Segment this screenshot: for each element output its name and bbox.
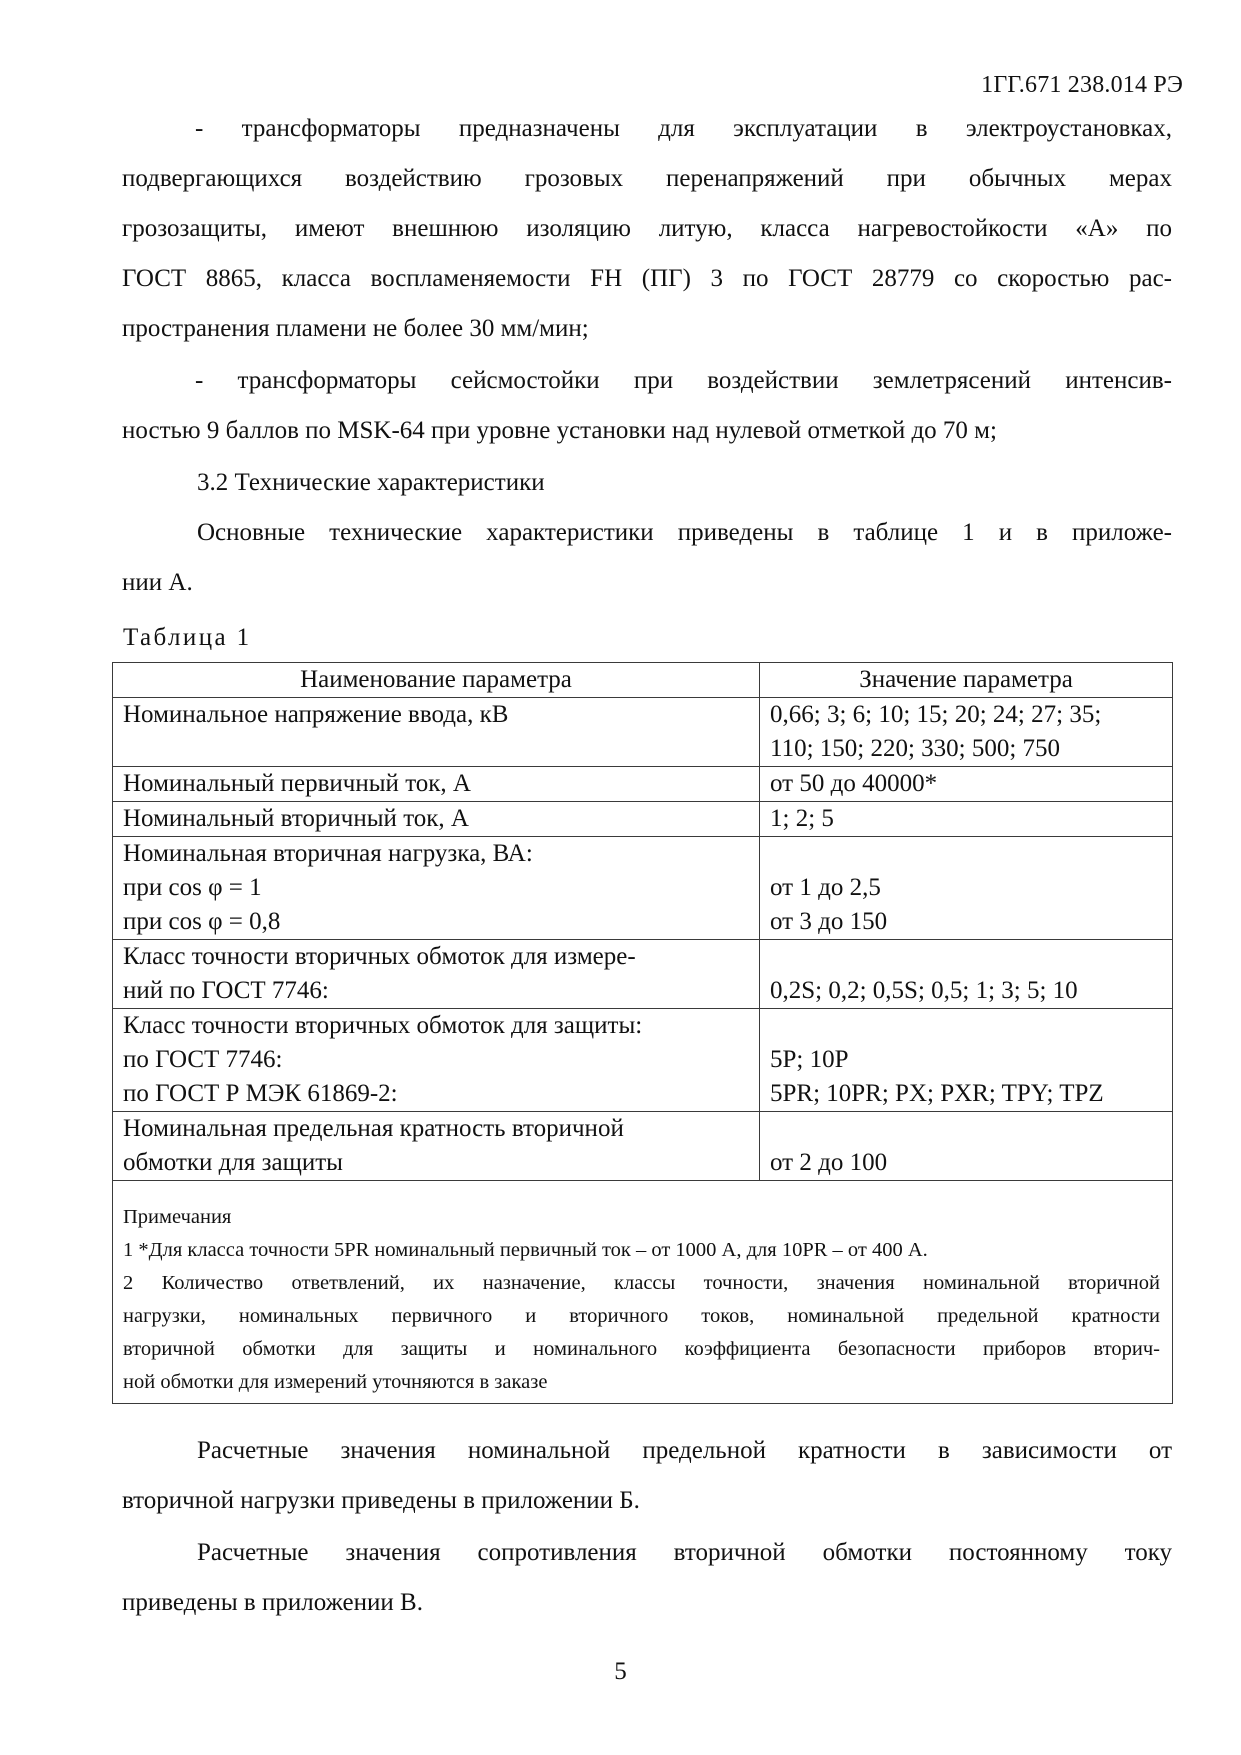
parameter-text: при cos φ = 0,8 [123,905,759,939]
value-text: 1; 2; 5 [770,802,1172,836]
parameter-text: Номинальная предельная кратность вторичн… [123,1112,759,1146]
column-header-value: Значение параметра [760,663,1173,698]
text-line: Основные технические характеристики прив… [122,508,1172,558]
parameter-cell: Номинальный первичный ток, А [113,767,760,802]
text-line: Расчетные значения сопротивления вторичн… [122,1528,1172,1578]
value-cell: от 2 до 100 [760,1112,1173,1181]
value-text: 5P; 10P [770,1043,1172,1077]
parameter-cell: Номинальное напряжение ввода, кВ [113,698,760,767]
text-line: грозозащиты, имеют внешнюю изоляцию литу… [122,204,1172,254]
table-row: Номинальное напряжение ввода, кВ 0,66; 3… [113,698,1173,767]
section-intro: Основные технические характеристики прив… [122,508,1172,608]
value-cell: 0,66; 3; 6; 10; 15; 20; 24; 27; 35; 110;… [760,698,1173,767]
note-line: вторичной обмотки для защиты и номинальн… [123,1333,1160,1366]
value-cell: от 1 до 2,5 от 3 до 150 [760,837,1173,940]
parameter-text: по ГОСТ 7746: [123,1043,759,1077]
note-line: ной обмотки для измерений уточняются в з… [123,1366,1160,1399]
parameter-text: Номинальный вторичный ток, А [123,802,759,836]
value-cell: 1; 2; 5 [760,802,1173,837]
value-text: 0,66; 3; 6; 10; 15; 20; 24; 27; 35; [770,698,1172,732]
parameter-cell: Номинальный вторичный ток, А [113,802,760,837]
text-line: ГОСТ 8865, класса воспламеняемости FH (П… [122,254,1172,304]
specifications-table: Наименование параметра Значение параметр… [112,662,1173,1404]
parameter-cell: Класс точности вторичных обмоток для изм… [113,940,760,1009]
note-line: нагрузки, номинальных первичного и втори… [123,1300,1160,1333]
table-row: Класс точности вторичных обмоток для изм… [113,940,1173,1009]
bullet-paragraph-operation: - трансформаторы предназначены для экспл… [122,104,1172,354]
table-row: Номинальный вторичный ток, А 1; 2; 5 [113,802,1173,837]
value-text: от 1 до 2,5 [770,871,1172,905]
text-line: приведены в приложении В. [122,1578,1172,1628]
text-line: нии А. [122,558,1172,608]
parameter-cell: Номинальная вторичная нагрузка, ВА: при … [113,837,760,940]
value-text: от 2 до 100 [770,1146,1172,1180]
text-line: ностью 9 баллов по MSK-64 при уровне уст… [122,406,1172,456]
parameter-text: Номинальное напряжение ввода, кВ [123,698,759,732]
table-row: Класс точности вторичных обмоток для защ… [113,1009,1173,1112]
parameter-text: обмотки для защиты [123,1146,759,1180]
note-line: 1 *Для класса точности 5PR номинальный п… [123,1234,1160,1267]
value-text: 5PR; 10PR; PX; PXR; TPY; TPZ [770,1077,1172,1111]
table-caption: Таблица 1 [123,624,252,652]
value-cell: от 50 до 40000* [760,767,1173,802]
parameter-text: ний по ГОСТ 7746: [123,974,759,1008]
page-number: 5 [0,1658,1241,1686]
text-line: подвергающихся воздействию грозовых пере… [122,154,1172,204]
parameter-text: Класс точности вторичных обмоток для защ… [123,1009,759,1043]
section-title: 3.2 Технические характеристики [122,458,1172,508]
table-row: Номинальная предельная кратность вторичн… [113,1112,1173,1181]
closing-paragraph-resistance: Расчетные значения сопротивления вторичн… [122,1528,1172,1628]
closing-paragraph-multiplicity: Расчетные значения номинальной предельно… [122,1426,1172,1526]
value-text: от 50 до 40000* [770,767,1172,801]
text-line: пространения пламени не более 30 мм/мин; [122,304,1172,354]
note-line: 2 Количество ответвлений, их назначение,… [123,1267,1160,1300]
table-row: Номинальный первичный ток, А от 50 до 40… [113,767,1173,802]
table-notes: Примечания 1 *Для класса точности 5PR но… [113,1181,1173,1404]
text-line: Расчетные значения номинальной предельно… [122,1426,1172,1476]
section-heading: 3.2 Технические характеристики [122,458,1172,508]
parameter-text: по ГОСТ Р МЭК 61869-2: [123,1077,759,1111]
table-row: Номинальная вторичная нагрузка, ВА: при … [113,837,1173,940]
column-header-parameter: Наименование параметра [113,663,760,698]
text-line: - трансформаторы сейсмостойки при воздей… [122,356,1172,406]
value-cell: 5P; 10P 5PR; 10PR; PX; PXR; TPY; TPZ [760,1009,1173,1112]
text-line: вторичной нагрузки приведены в приложени… [122,1476,1172,1526]
document-code: 1ГГ.671 238.014 РЭ [981,72,1183,99]
parameter-text: Номинальный первичный ток, А [123,767,759,801]
parameter-cell: Номинальная предельная кратность вторичн… [113,1112,760,1181]
notes-title: Примечания [123,1201,1160,1234]
parameter-cell: Класс точности вторичных обмоток для защ… [113,1009,760,1112]
value-cell: 0,2S; 0,2; 0,5S; 0,5; 1; 3; 5; 10 [760,940,1173,1009]
table-notes-row: Примечания 1 *Для класса точности 5PR но… [113,1181,1173,1404]
parameter-text: при cos φ = 1 [123,871,759,905]
value-text: 0,2S; 0,2; 0,5S; 0,5; 1; 3; 5; 10 [770,974,1172,1008]
text-line: - трансформаторы предназначены для экспл… [122,104,1172,154]
parameter-text: Номинальная вторичная нагрузка, ВА: [123,837,759,871]
parameter-text: Класс точности вторичных обмоток для изм… [123,940,759,974]
value-text: 110; 150; 220; 330; 500; 750 [770,732,1172,766]
table-header-row: Наименование параметра Значение параметр… [113,663,1173,698]
value-text: от 3 до 150 [770,905,1172,939]
bullet-paragraph-seismic: - трансформаторы сейсмостойки при воздей… [122,356,1172,456]
